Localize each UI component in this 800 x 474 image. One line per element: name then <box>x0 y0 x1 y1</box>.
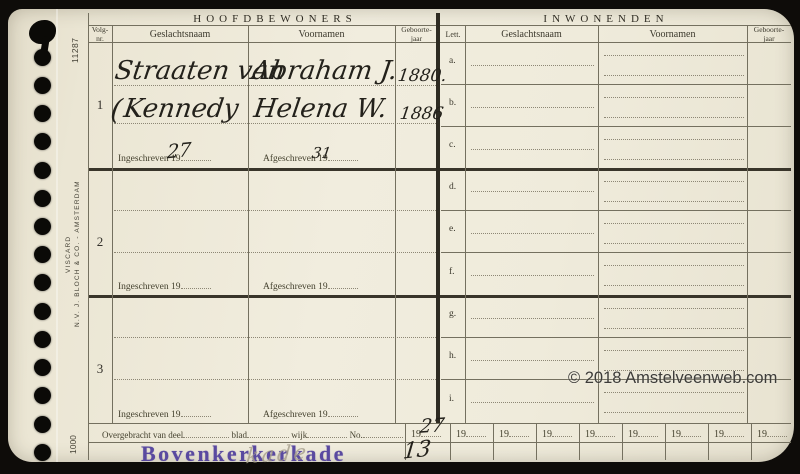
column-header-geboortejaar-right: Geboorte- jaar <box>747 26 791 43</box>
year-cell: 19 <box>622 428 665 440</box>
punch-hole <box>34 190 51 207</box>
surname-blank-line <box>471 275 594 276</box>
firstnames-blank-line <box>604 75 744 76</box>
firstnames-blank-line <box>604 159 744 160</box>
inwonende-row: d. <box>441 168 791 210</box>
year-prefix: 19 <box>499 429 509 440</box>
stock-number: 1000 <box>68 414 78 454</box>
surname-blank-line <box>471 318 594 319</box>
surname-blank-line <box>471 149 594 150</box>
dotted-blank <box>509 428 529 437</box>
year-cell: 19 <box>708 428 751 440</box>
grid-line-dotted <box>114 379 436 380</box>
afgeschreven-value-handwritten: 31 <box>311 144 333 162</box>
section-number-2: 2 <box>88 234 112 250</box>
year-cell: 19 <box>493 428 536 440</box>
punch-hole <box>34 387 51 404</box>
row-letter-label: e. <box>449 224 456 234</box>
dotted-blank <box>247 429 289 438</box>
grid-line-dotted <box>114 210 436 211</box>
column-header-geslachtsnaam-right: Geslachtsnaam <box>465 29 598 40</box>
pencil-note: kade <box>245 440 311 469</box>
punch-hole <box>34 416 51 433</box>
section-number-1: 1 <box>88 97 112 113</box>
dotted-blank <box>181 280 211 289</box>
firstnames-blank-line <box>604 55 744 56</box>
inwonenden-title: INWONENDEN <box>441 13 771 25</box>
transfer-wijk-label: wijk <box>291 430 307 440</box>
punch-hole <box>34 331 51 348</box>
dotted-blank <box>328 280 358 289</box>
column-header-geboortejaar-left: Geboorte- jaar <box>395 26 438 43</box>
punch-hole <box>34 359 51 376</box>
surname-blank-line <box>471 65 594 66</box>
dotted-blank <box>363 429 403 438</box>
dotted-blank <box>328 408 358 417</box>
transfer-no-label: No. <box>350 430 363 440</box>
grid-line-dotted <box>114 337 436 338</box>
column-header-volgnr: Volg- nr. <box>88 26 112 43</box>
printer-address: N.V. J. BLOCH & CO. - AMSTERDAM <box>73 169 82 339</box>
serial-number: 11287 <box>70 17 80 63</box>
resident-firstnames: Helena W. <box>252 94 389 124</box>
dotted-blank <box>681 428 701 437</box>
resident-surname: Kennedy <box>122 94 241 124</box>
dotted-blank <box>183 429 229 438</box>
firstnames-blank-line <box>604 392 744 393</box>
year-value-handwritten: 27 <box>418 414 445 438</box>
inwonende-row: e. <box>441 210 791 252</box>
year-prefix: 19 <box>671 429 681 440</box>
printer-name: VISCARD <box>64 169 73 339</box>
year-prefix: 19 <box>542 429 552 440</box>
afgeschreven-text: Afgeschreven 19 <box>263 410 328 420</box>
year-cell: 19 <box>579 428 622 440</box>
firstnames-blank-line <box>604 223 744 224</box>
dotted-blank <box>595 428 615 437</box>
transfer-deel-label: Overgebracht van deel <box>102 430 183 440</box>
firstnames-blank-line <box>604 117 744 118</box>
punch-hole <box>34 303 51 320</box>
year-cell: 19 <box>536 428 579 440</box>
afgeschreven-label-3: Afgeschreven 19 <box>263 408 358 420</box>
punch-hole <box>34 49 51 66</box>
surname-blank-line <box>471 402 594 403</box>
dotted-blank <box>767 428 787 437</box>
volgnr-line2: nr. <box>88 35 112 44</box>
year-prefix: 19 <box>628 429 638 440</box>
dotted-blank <box>328 152 358 161</box>
paper-crease <box>56 9 58 462</box>
surname-blank-line <box>471 360 594 361</box>
firstnames-blank-line <box>604 139 744 140</box>
year-prefix: 19 <box>585 429 595 440</box>
ingeschreven-text: Ingeschreven 19 <box>118 282 181 292</box>
year-prefix: 19 <box>757 429 767 440</box>
row-letter-label: a. <box>449 56 456 66</box>
row-letter-label: d. <box>449 182 456 192</box>
ingeschreven-text: Ingeschreven 19 <box>118 410 181 420</box>
firstnames-blank-line <box>604 328 744 329</box>
punch-hole <box>34 77 51 94</box>
row-letter-label: f. <box>449 267 455 277</box>
inwonende-row: b. <box>441 84 791 126</box>
inwonende-row: g. <box>441 295 791 337</box>
inwonende-row: a. <box>441 42 791 84</box>
punch-hole <box>34 274 51 291</box>
firstnames-blank-line <box>604 285 744 286</box>
dotted-blank <box>724 428 744 437</box>
footer-transfer-label: Overgebracht van deel blad wijk No. <box>102 429 403 440</box>
ingeschreven-label-1: Ingeschreven 19 <box>118 152 211 164</box>
year-cell: 19 <box>665 428 708 440</box>
section-number-3: 3 <box>88 361 112 377</box>
photo-background: 11287 VISCARD N.V. J. BLOCH & CO. - AMST… <box>0 0 800 474</box>
punch-hole <box>34 246 51 263</box>
resident-firstnames: Abraham J. <box>250 56 399 86</box>
firstnames-blank-line <box>604 97 744 98</box>
dotted-blank <box>638 428 658 437</box>
afgeschreven-text: Afgeschreven 19 <box>263 282 328 292</box>
punch-hole <box>34 218 51 235</box>
column-header-lett: Lett. <box>441 30 465 39</box>
copyright-watermark: © 2018 Amstelveenweb.com <box>568 369 777 388</box>
year-prefix: 19 <box>714 429 724 440</box>
firstnames-blank-line <box>604 412 744 413</box>
row-letter-label: h. <box>449 351 456 361</box>
geboortejaar-line2: jaar <box>395 35 438 44</box>
firstnames-blank-line <box>604 265 744 266</box>
row-letter-label: b. <box>449 98 456 108</box>
dotted-blank <box>466 428 486 437</box>
year-cell: 19 <box>751 428 791 440</box>
firstnames-blank-line <box>604 201 744 202</box>
surname-blank-line <box>471 107 594 108</box>
ingeschreven-label-3: Ingeschreven 19 <box>118 408 211 420</box>
year-cell: 19 <box>450 428 493 440</box>
inwonende-row: f. <box>441 252 791 295</box>
grid-line-dotted <box>114 252 436 253</box>
printer-imprint: VISCARD N.V. J. BLOCH & CO. - AMSTERDAM <box>64 169 82 339</box>
row-letter-label: g. <box>449 309 456 319</box>
firstnames-blank-line <box>604 243 744 244</box>
column-header-geslachtsnaam-left: Geslachtsnaam <box>112 29 248 40</box>
hoofdbewoners-title: HOOFDBEWONERS <box>112 13 438 25</box>
street-stamp: Bovenkerkerkade <box>141 441 346 467</box>
punch-hole <box>34 162 51 179</box>
punch-hole <box>34 133 51 150</box>
afgeschreven-label-2: Afgeschreven 19 <box>263 280 358 292</box>
year-prefix: 19 <box>456 429 466 440</box>
row-letter-label: c. <box>449 140 456 150</box>
dotted-blank <box>552 428 572 437</box>
column-header-voornamen-right: Voornamen <box>598 29 747 40</box>
firstnames-blank-line <box>604 350 744 351</box>
surname-blank-line <box>471 191 594 192</box>
firstnames-blank-line <box>604 181 744 182</box>
row-letter-label: i. <box>449 394 454 404</box>
dotted-blank <box>307 429 347 438</box>
column-header-voornamen-left: Voornamen <box>248 29 395 40</box>
transfer-blad-label: blad <box>232 430 248 440</box>
surname-blank-line <box>471 233 594 234</box>
house-number: 13 <box>402 436 433 464</box>
registration-card: 11287 VISCARD N.V. J. BLOCH & CO. - AMST… <box>8 9 794 462</box>
resident-birthyear: 1886 <box>399 104 445 124</box>
punch-hole <box>34 105 51 122</box>
inwonende-row: c. <box>441 126 791 168</box>
dotted-blank <box>181 408 211 417</box>
ingeschreven-value-handwritten: 27 <box>166 139 192 164</box>
ingeschreven-label-2: Ingeschreven 19 <box>118 280 211 292</box>
firstnames-blank-line <box>604 308 744 309</box>
punch-hole <box>34 444 51 461</box>
